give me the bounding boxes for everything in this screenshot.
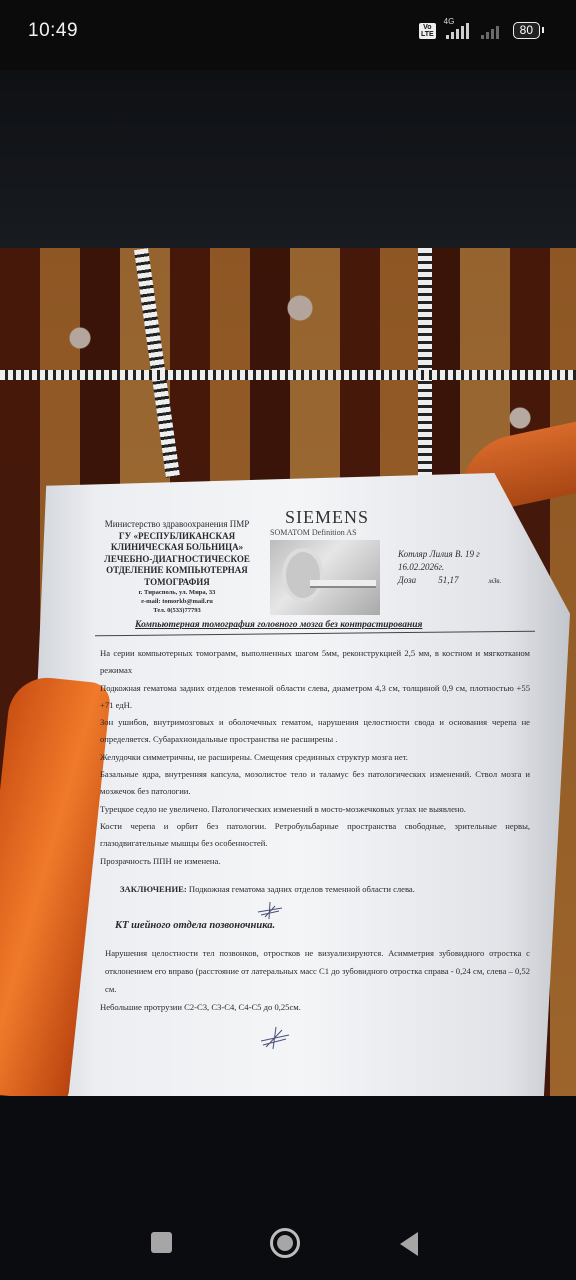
hospital-line: ГУ «РЕСПУБЛИКАНСКАЯ [82,531,272,543]
hospital-line: КЛИНИЧЕСКАЯ БОЛЬНИЦА» [82,542,272,554]
conclusion-text: Подкожная гематома задних отделов теменн… [189,884,415,894]
department-line: ЛЕЧЕБНО-ДИАГНОСТИЧЕСКОЕ [82,554,272,566]
scanner-model: SOMATOM Definition AS [270,528,357,537]
report-paragraph: Нарушения целостности тел позвонков, отр… [105,944,530,998]
signature-icon [258,1025,292,1051]
report-paragraph: На серии компьютерных томограмм, выполне… [100,645,530,680]
conclusion: ЗАКЛЮЧЕНИЕ: Подкожная гематома задних от… [120,884,415,894]
dose-unit: мЗв. [489,575,502,588]
report-paragraph: Базальные ядра, внутренняя капсула, мозо… [100,766,530,801]
carpet-stripe [0,370,576,380]
report-paragraph: Кости черепа и орбит без патологии. Ретр… [100,818,530,853]
status-icons: VoLTE 4G 80 [419,22,540,39]
department-line: ТОМОГРАФИЯ [82,577,272,589]
report-paragraph: Прозрачность ППН не изменена. [100,853,530,870]
report-body: На серии компьютерных томограмм, выполне… [100,645,530,870]
conclusion-label: ЗАКЛЮЧЕНИЕ: [120,884,187,894]
phone: Тел. 0(533)77793 [82,606,272,615]
report-paragraph: Небольшие протрузии С2-С3, С3-С4, С4-С5 … [100,998,530,1016]
signal-4g-icon: 4G [446,23,469,39]
signature-icon [255,900,285,920]
ministry-line: Министерство здравоохранения ПМР [82,519,272,531]
ministry-header: Министерство здравоохранения ПМР ГУ «РЕС… [82,519,272,615]
patient-name: Котляр Лилия В. 19 г [398,548,501,561]
report-paragraph: Подкожная гематома задних отделов теменн… [100,680,530,715]
report-paragraph: Зон ушибов, внутримозговых и оболочечных… [100,714,530,749]
report-title: Компьютерная томография головного мозга … [135,620,422,630]
exam-date: 16.02.2026г. [398,561,501,574]
carpet-stripe [418,248,432,478]
dose-row: Доза 51,17 мЗв. [398,574,501,588]
recents-button[interactable] [151,1232,172,1253]
dose-label: Доза [398,574,436,587]
brand-logo: SIEMENS [285,507,369,528]
report-paragraph: Турецкое седло не увеличено. Патологичес… [100,801,530,818]
status-bar: 10:49 VoLTE 4G 80 [0,0,576,70]
viewer-background [0,70,576,248]
patient-info: Котляр Лилия В. 19 г 16.02.2026г. Доза 5… [398,548,501,588]
back-button[interactable] [400,1232,418,1256]
signal-no-service-icon [481,23,499,39]
email: e-mail: tomorkb@mail.ru [82,597,272,606]
volte-icon: VoLTE [419,23,436,39]
network-type-label: 4G [444,17,455,26]
battery-icon: 80 [513,22,540,39]
section-title-cervical: КТ шейного отдела позвоночника. [115,920,275,931]
address: г. Тирасполь, ул. Мира, 33 [82,588,272,597]
department-line: ОТДЕЛЕНИЕ КОМПЬЮТЕРНАЯ [82,565,272,577]
report-paragraph: Желудочки симметричны, не расширены. Сме… [100,749,530,766]
home-button[interactable] [270,1228,300,1258]
ct-scanner-image [270,540,380,615]
cervical-body: Нарушения целостности тел позвонков, отр… [105,944,530,1016]
clock: 10:49 [28,20,78,42]
dose-value: 51,17 [438,574,486,587]
